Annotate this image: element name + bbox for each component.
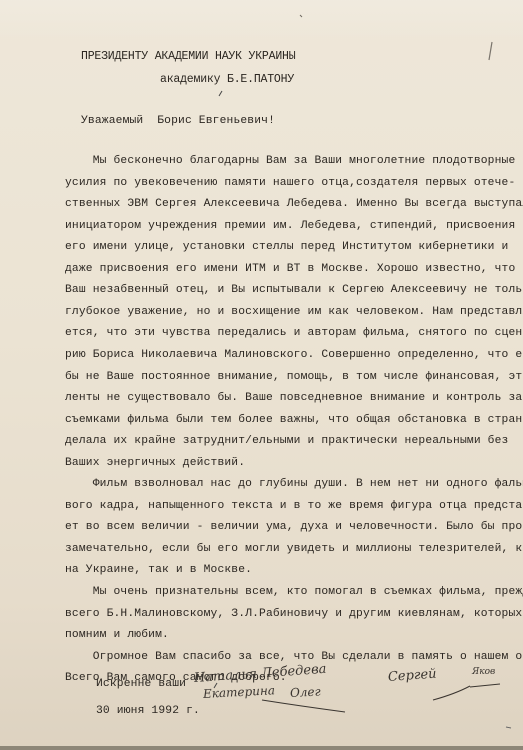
addressee-line-1: ПРЕЗИДЕНТУ АКАДЕМИИ НАУК УКРАИНЫ: [81, 50, 295, 64]
body-line: усилия по увековечению памяти нашего отц…: [65, 176, 515, 190]
body-line: бы не Ваше постоянное внимание, помощь, …: [65, 370, 523, 384]
body-line: помним и любим.: [65, 628, 169, 642]
body-line: делала их крайне затруднит/ельными и пра…: [65, 434, 508, 448]
body-line: Фильм взволновал нас до глубины души. В …: [65, 477, 523, 491]
body-line: глубокое уважение, но и восхищение им ка…: [65, 305, 523, 319]
body-line: рию Бориса Николаевича Малиновского. Сов…: [65, 348, 523, 362]
letter-page: ПРЕЗИДЕНТУ АКАДЕМИИ НАУК УКРАИНЫ академи…: [0, 0, 523, 750]
body-line: его имени улице, установки стеллы перед …: [65, 240, 508, 254]
addressee-line-2: академику Б.Е.ПАТОНУ: [160, 73, 294, 87]
body-line: Мы очень признательны всем, кто помогал …: [65, 585, 523, 599]
signature-5: Олег: [290, 684, 321, 700]
signature-3: Яков: [472, 667, 495, 677]
body-line: ленты не существовало бы. Ваше повседнев…: [65, 391, 522, 405]
body-line: инициатором учреждения премии им. Лебеде…: [65, 219, 515, 233]
greeting: Уважаемый Борис Евгеньевич!: [81, 114, 275, 128]
body-line: Ваш незабвенный отец, и Вы испытывали к …: [65, 283, 523, 297]
body-line: замечательно, если бы его могли увидеть …: [65, 542, 523, 556]
closing: Искренне ваши: [96, 677, 186, 691]
body-line: даже присвоения его имени ИТМ и ВТ в Мос…: [65, 262, 515, 276]
body-line: Огромное Вам спасибо за все, что Вы сдел…: [65, 650, 523, 664]
body-line: Мы бесконечно благодарны Вам за Ваши мно…: [65, 154, 515, 168]
body-line: ется, что эти чувства передались и автор…: [65, 326, 523, 340]
body-line: Ваших энергичных действий.: [65, 456, 245, 470]
body-line: ет во всем величии - величии ума, духа и…: [65, 520, 523, 534]
date: 30 июня 1992 г.: [96, 704, 200, 718]
body-line: ственных ЭВМ Сергея Алексеевича Лебедева…: [65, 197, 523, 211]
body-line: вого кадра, напыщенного текста и в то же…: [65, 499, 523, 513]
body-line: всего Б.Н.Малиновскому, З.Л.Рабиновичу и…: [65, 607, 522, 621]
body-line: съемками фильма были тем более важны, чт…: [65, 413, 523, 427]
body-line: на Украине, так и в Москве.: [65, 563, 252, 577]
